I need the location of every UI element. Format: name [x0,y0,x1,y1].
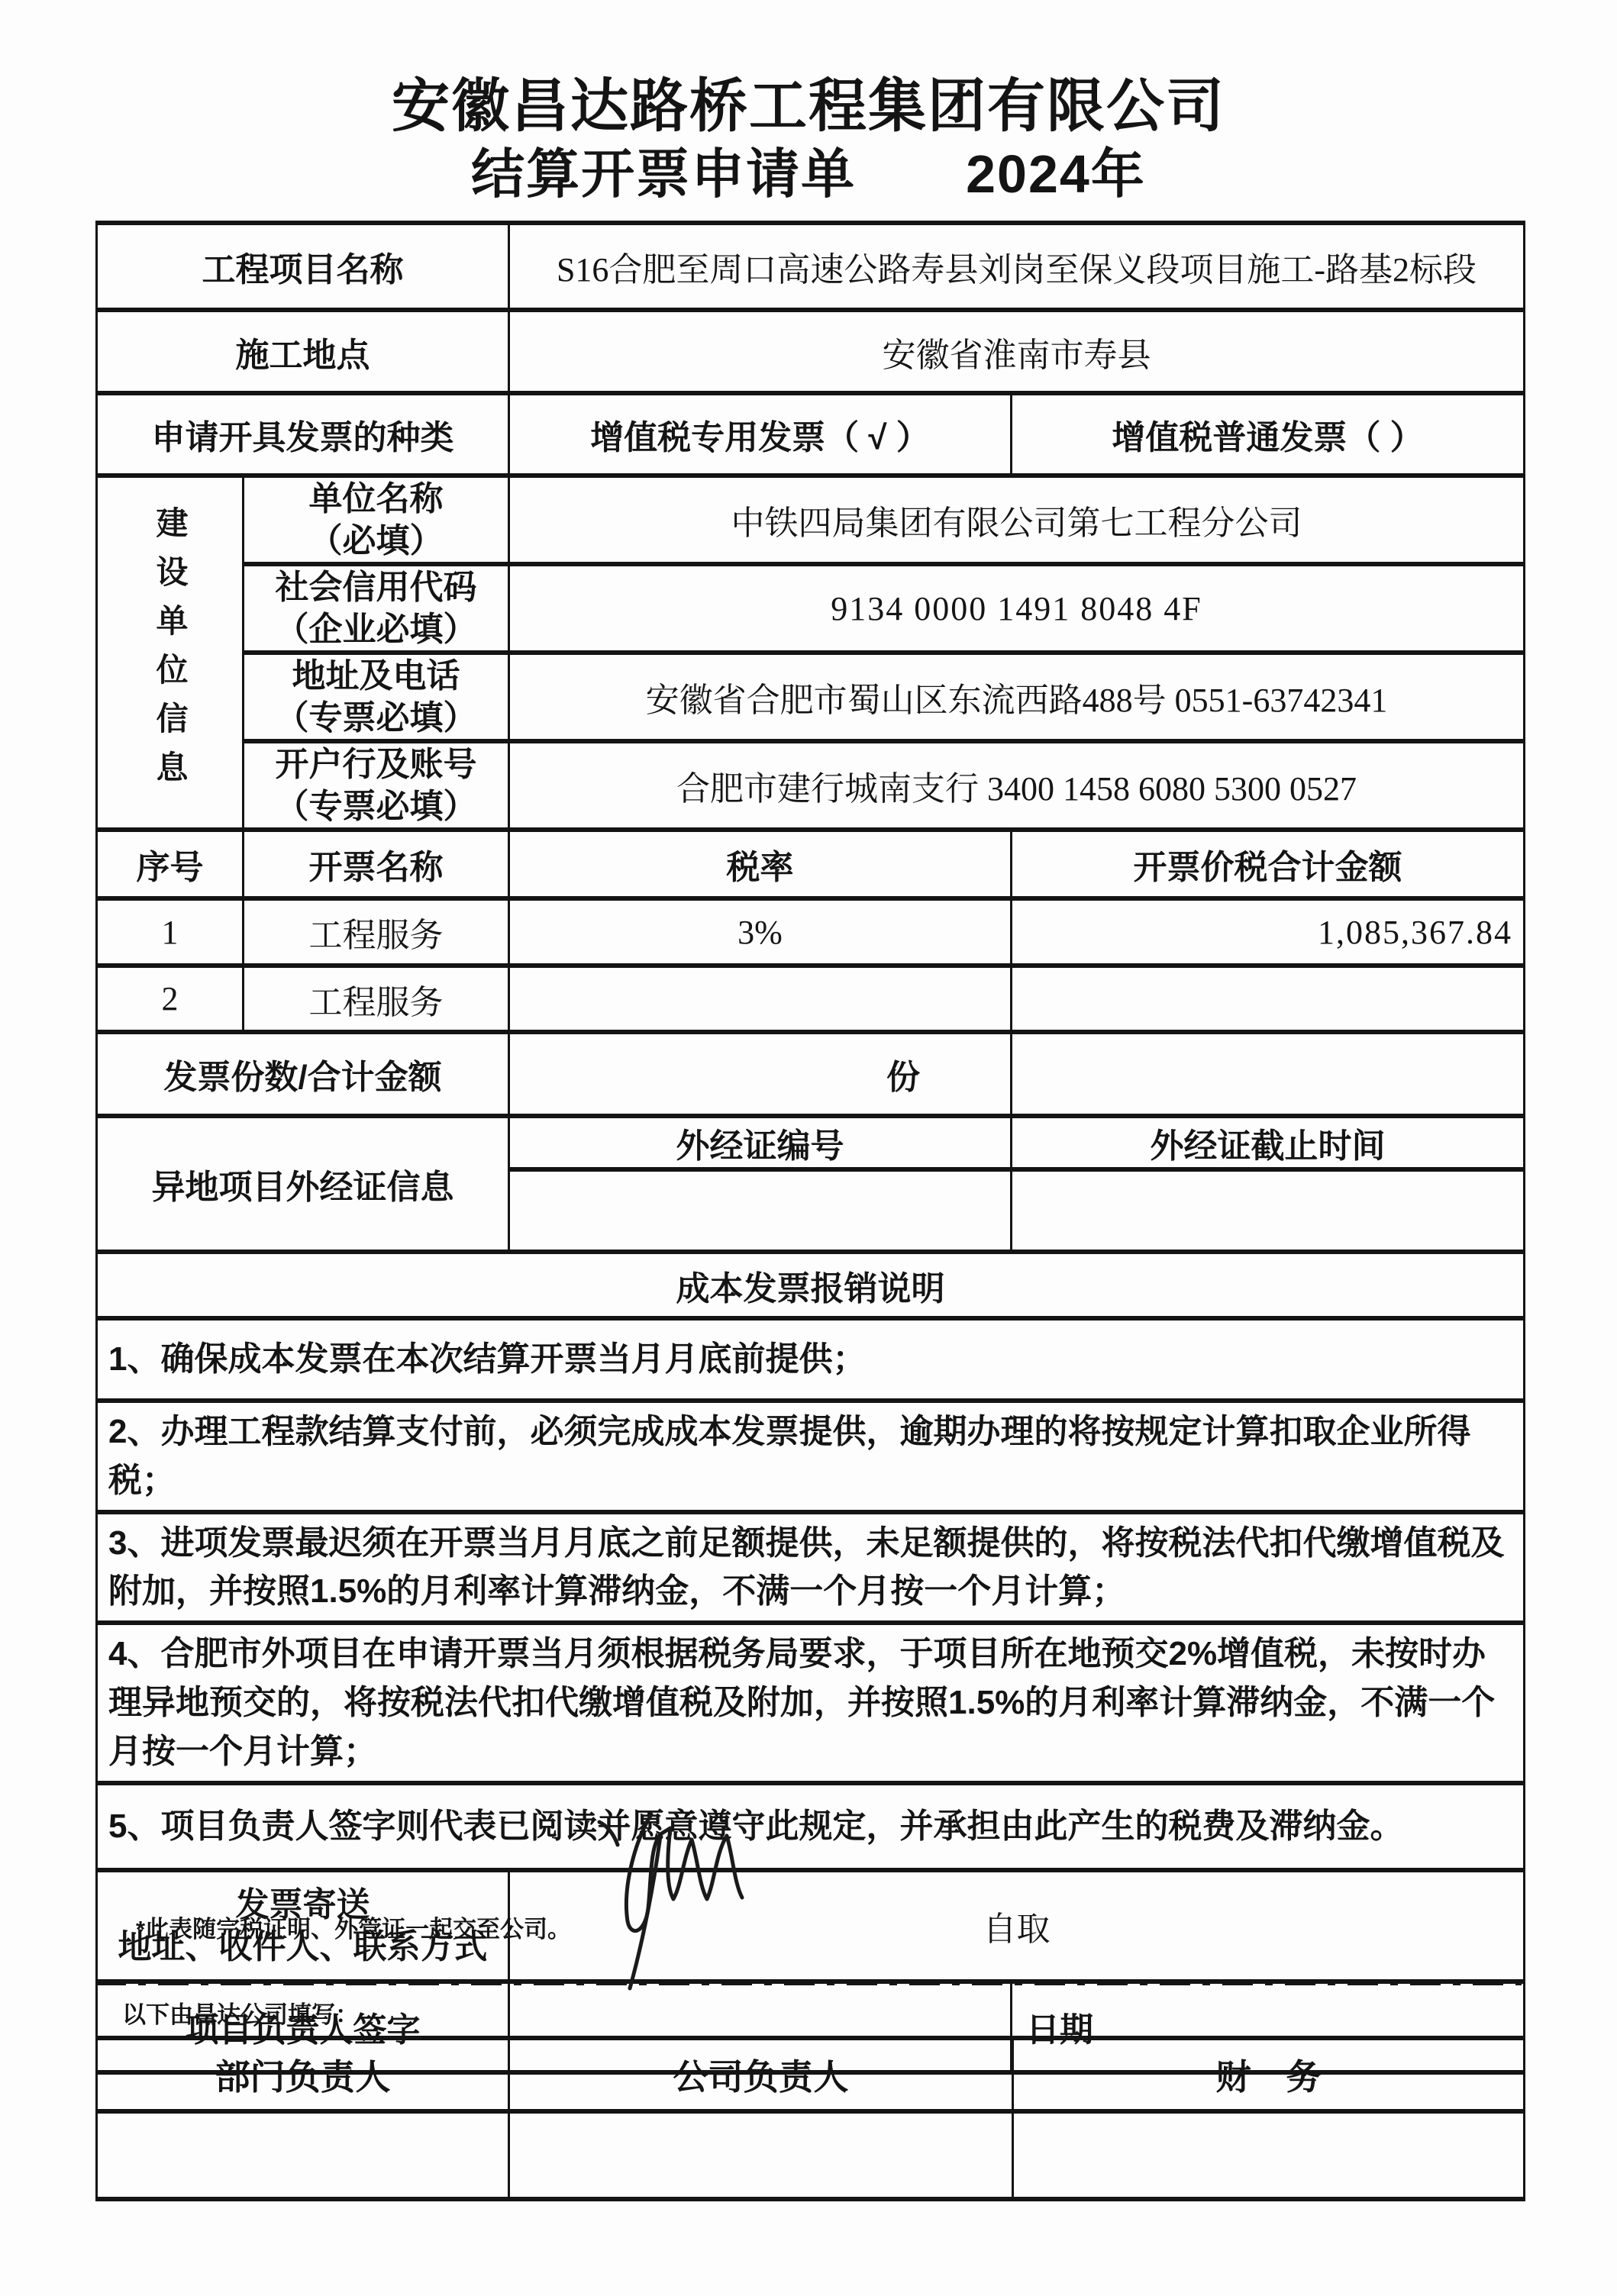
project-name-value: S16合肥至周口高速公路寿县刘岗至保义段项目施工-路基2标段 [509,223,1525,310]
dash-dot-divider [95,1980,1522,1985]
item1-name: 工程服务 [244,898,509,966]
table-row: 开户行及账号 （专票必填） 合肥市建行城南支行 3400 1458 6080 5… [97,741,1525,830]
application-table: 工程项目名称 S16合肥至周口高速公路寿县刘岗至保义段项目施工-路基2标段 施工… [95,221,1525,2075]
col-header-amount: 开票价税合计金额 [1012,830,1525,898]
invoice-total-empty-cell [1012,1032,1525,1116]
table-row: 社会信用代码 （企业必填） 9134 0000 1491 8048 4F [97,564,1525,653]
bank-account-value: 合肥市建行城南支行 3400 1458 6080 5300 0527 [509,741,1525,830]
credit-code-label: 社会信用代码 （企业必填） [244,564,509,653]
invoice-type-general: 增值税普通发票（ ） [1012,393,1525,476]
note-row-1: 1、确保成本发票在本次结算开票当月月底前提供； [97,1318,1525,1401]
notes-title: 成本发票报销说明 [97,1252,1525,1318]
invoice-count-row: 发票份数/合计金额 份 [97,1032,1525,1116]
approval-sign-row [97,2111,1525,2199]
unit-name-label: 单位名称 （必填） [244,476,509,564]
external-cert-header-row: 异地项目外经证信息 外经证编号 外经证截止时间 [97,1116,1525,1169]
owner-info-group-cell: 建设单位信息 [97,476,244,830]
external-cert-deadline-header: 外经证截止时间 [1012,1116,1525,1169]
tax-proof-footnote: *此表随完税证明、外管证一起交至公司。 [136,1910,571,1944]
dept-head-header: 部门负责人 [97,2038,509,2111]
note-3: 3、进项发票最迟须在开票当月月底之前足额提供，未足额提供的，将按税法代扣代缴增值… [97,1512,1525,1624]
invoice-count-label: 发票份数/合计金额 [97,1032,509,1116]
table-row: 施工地点 安徽省淮南市寿县 [97,310,1525,393]
item1-tax-rate: 3% [509,898,1012,966]
table-row: 申请开具发票的种类 增值税专用发票（ √ ） 增值税普通发票（ ） [97,393,1525,476]
external-cert-no-empty-cell [509,1169,1012,1252]
table-row: 建设单位信息 单位名称 （必填） 中铁四局集团有限公司第七工程分公司 [97,476,1525,564]
note-row-4: 4、合肥市外项目在申请开票当月须根据税务局要求，于项目所在地预交2%增值税，未按… [97,1623,1525,1782]
item1-index: 1 [97,898,244,966]
settlement-invoice-application-form: 安徽昌达路桥工程集团有限公司 结算开票申请单 2024年 工程项目名称 S16合… [0,0,1617,2296]
credit-code-label-sub: （企业必填） [244,608,508,650]
col-header-index: 序号 [97,830,244,898]
items-header-row: 序号 开票名称 税率 开票价税合计金额 [97,830,1525,898]
fill-by-company-label: 以下由昌达公司填写： [122,1995,359,2030]
unit-name-value: 中铁四局集团有限公司第七工程分公司 [509,476,1525,564]
note-1: 1、确保成本发票在本次结算开票当月月底前提供； [97,1318,1525,1401]
owner-info-group-label: 建设单位信息 [147,506,193,799]
external-cert-label: 异地项目外经证信息 [97,1116,509,1252]
note-5: 5、项目负责人签字则代表已阅读并愿意遵守此规定，并承担由此产生的税费及滞纳金。 [97,1783,1525,1870]
form-title: 结算开票申请单 2024年 [0,131,1617,208]
approval-table: 部门负责人 公司负责人 财 务 [95,2036,1525,2201]
bank-account-label-sub: （专票必填） [244,785,508,827]
dept-head-sign-cell [97,2111,509,2199]
credit-code-value: 9134 0000 1491 8048 4F [509,564,1525,653]
invoice-count-unit: 份 [509,1032,1012,1116]
col-header-name: 开票名称 [244,830,509,898]
note-2: 2、办理工程款结算支付前，必须完成成本发票提供，逾期办理的将按规定计算扣取企业所… [97,1401,1525,1512]
item2-index: 2 [97,966,244,1032]
address-phone-label-main: 地址及电话 [244,655,508,697]
item2-amount [1012,966,1525,1032]
delivery-value: 自取 [509,1870,1525,1982]
location-label: 施工地点 [97,310,509,393]
finance-header: 财 务 [1013,2038,1525,2111]
item1-amount: 1,085,367.84 [1012,898,1525,966]
approval-header-row: 部门负责人 公司负责人 财 务 [97,2038,1525,2111]
project-name-label: 工程项目名称 [97,223,509,310]
item2-tax-rate [509,966,1012,1032]
company-head-sign-cell [509,2111,1013,2199]
note-4: 4、合肥市外项目在申请开票当月须根据税务局要求，于项目所在地预交2%增值税，未按… [97,1623,1525,1782]
invoice-type-label: 申请开具发票的种类 [97,393,509,476]
item2-name: 工程服务 [244,966,509,1032]
company-title: 安徽昌达路桥工程集团有限公司 [0,60,1617,143]
table-row: 地址及电话 （专票必填） 安徽省合肥市蜀山区东流西路488号 0551-6374… [97,653,1525,741]
item-row-1: 1 工程服务 3% 1,085,367.84 [97,898,1525,966]
invoice-type-special-checked: 增值税专用发票（ √ ） [509,393,1012,476]
address-phone-value: 安徽省合肥市蜀山区东流西路488号 0551-63742341 [509,653,1525,741]
note-row-3: 3、进项发票最迟须在开票当月月底之前足额提供，未足额提供的，将按税法代扣代缴增值… [97,1512,1525,1624]
item-row-2: 2 工程服务 [97,966,1525,1032]
credit-code-label-main: 社会信用代码 [244,566,508,608]
unit-name-label-main: 单位名称 [244,478,508,520]
bank-account-label-main: 开户行及账号 [244,743,508,785]
note-row-2: 2、办理工程款结算支付前，必须完成成本发票提供，逾期办理的将按规定计算扣取企业所… [97,1401,1525,1512]
address-phone-label-sub: （专票必填） [244,697,508,739]
note-row-5: 5、项目负责人签字则代表已阅读并愿意遵守此规定，并承担由此产生的税费及滞纳金。 [97,1783,1525,1870]
external-cert-no-header: 外经证编号 [509,1116,1012,1169]
notes-title-row: 成本发票报销说明 [97,1252,1525,1318]
location-value: 安徽省淮南市寿县 [509,310,1525,393]
address-phone-label: 地址及电话 （专票必填） [244,653,509,741]
unit-name-label-sub: （必填） [244,520,508,562]
finance-sign-cell [1013,2111,1525,2199]
col-header-tax-rate: 税率 [509,830,1012,898]
company-head-header: 公司负责人 [509,2038,1013,2111]
bank-account-label: 开户行及账号 （专票必填） [244,741,509,830]
table-row: 工程项目名称 S16合肥至周口高速公路寿县刘岗至保义段项目施工-路基2标段 [97,223,1525,310]
external-cert-deadline-empty-cell [1012,1169,1525,1252]
